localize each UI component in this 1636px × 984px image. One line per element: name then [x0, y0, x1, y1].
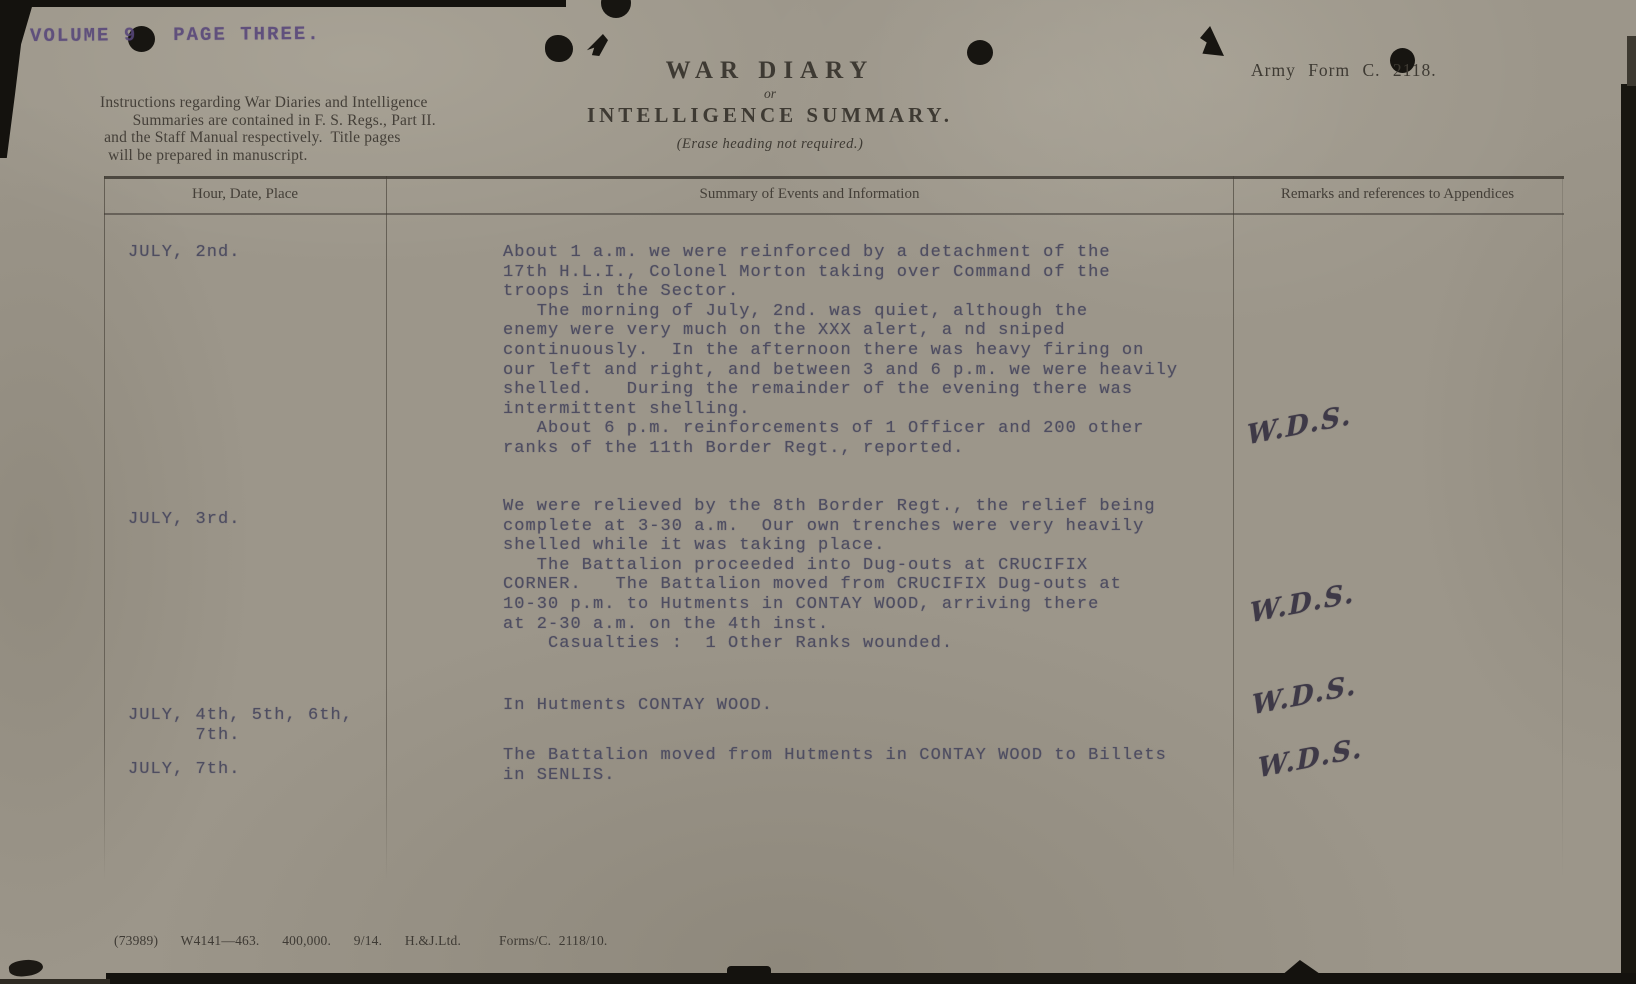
initials-signature: W.D.S. [1250, 578, 1356, 630]
printers-imprint: (73989) W4141—463. 400,000. 9/14. H.&J.L… [114, 933, 607, 949]
scan-artifact-mark [8, 958, 44, 979]
scan-edge-top [0, 0, 566, 7]
table-header-rule [104, 213, 1564, 215]
table-border-right [1562, 176, 1563, 880]
entry-summary: In Hutments CONTAY WOOD. [503, 696, 773, 716]
scan-artifact-mark [1281, 960, 1323, 976]
ink-mark [585, 34, 608, 56]
scan-edge-top-left-corner [0, 0, 34, 158]
form-title-note: (Erase heading not required.) [540, 136, 1000, 153]
scan-artifact-mark [727, 966, 771, 975]
scan-edge-right-upper [1627, 36, 1636, 86]
column-header-remarks: Remarks and references to Appendices [1233, 186, 1562, 203]
entry-date: JULY, 7th. [128, 760, 241, 780]
initials-signature: W.D.S. [1258, 733, 1364, 785]
scan-edge-right [1621, 84, 1636, 984]
army-form-number: Army Form C. 2118. [1251, 60, 1437, 81]
form-title-war-diary: WAR DIARY [540, 56, 1000, 86]
initials-signature: W.D.S. [1252, 670, 1358, 722]
entry-date: JULY, 3rd. [128, 510, 241, 530]
war-diary-scanned-page: VOLUME 9 PAGE THREE. Instructions regard… [0, 0, 1636, 984]
entry-summary: We were relieved by the 8th Border Regt.… [503, 497, 1156, 654]
entry-date: JULY, 2nd. [128, 243, 241, 263]
entry-date: JULY, 4th, 5th, 6th, 7th. [128, 706, 353, 745]
form-title-or: or [540, 86, 1000, 102]
initials-signature: W.D.S. [1247, 400, 1353, 452]
form-instructions: Instructions regarding War Diaries and I… [100, 94, 490, 164]
table-divider-summary-remarks [1233, 176, 1234, 880]
page-stamp: PAGE THREE. [173, 23, 321, 46]
entry-summary: About 1 a.m. we were reinforced by a det… [503, 243, 1178, 459]
masthead: WAR DIARY or INTELLIGENCE SUMMARY. (Eras… [540, 56, 1000, 153]
table-divider-date-summary [386, 176, 387, 880]
volume-stamp: VOLUME 9 [30, 24, 137, 47]
column-header-hour-date-place: Hour, Date, Place [104, 186, 386, 203]
table-border-left [104, 176, 105, 880]
scan-edge-bottom-left [0, 979, 110, 984]
entry-summary: The Battalion moved from Hutments in CON… [503, 746, 1167, 785]
table-top-rule [104, 176, 1564, 179]
volume-page-stamp: VOLUME 9 PAGE THREE. [30, 23, 321, 47]
ink-mark [1200, 26, 1224, 56]
form-title-intelligence-summary: INTELLIGENCE SUMMARY. [540, 103, 1000, 128]
punch-hole [601, 0, 631, 18]
column-header-summary: Summary of Events and Information [386, 186, 1233, 203]
scan-edge-bottom [106, 973, 1636, 984]
